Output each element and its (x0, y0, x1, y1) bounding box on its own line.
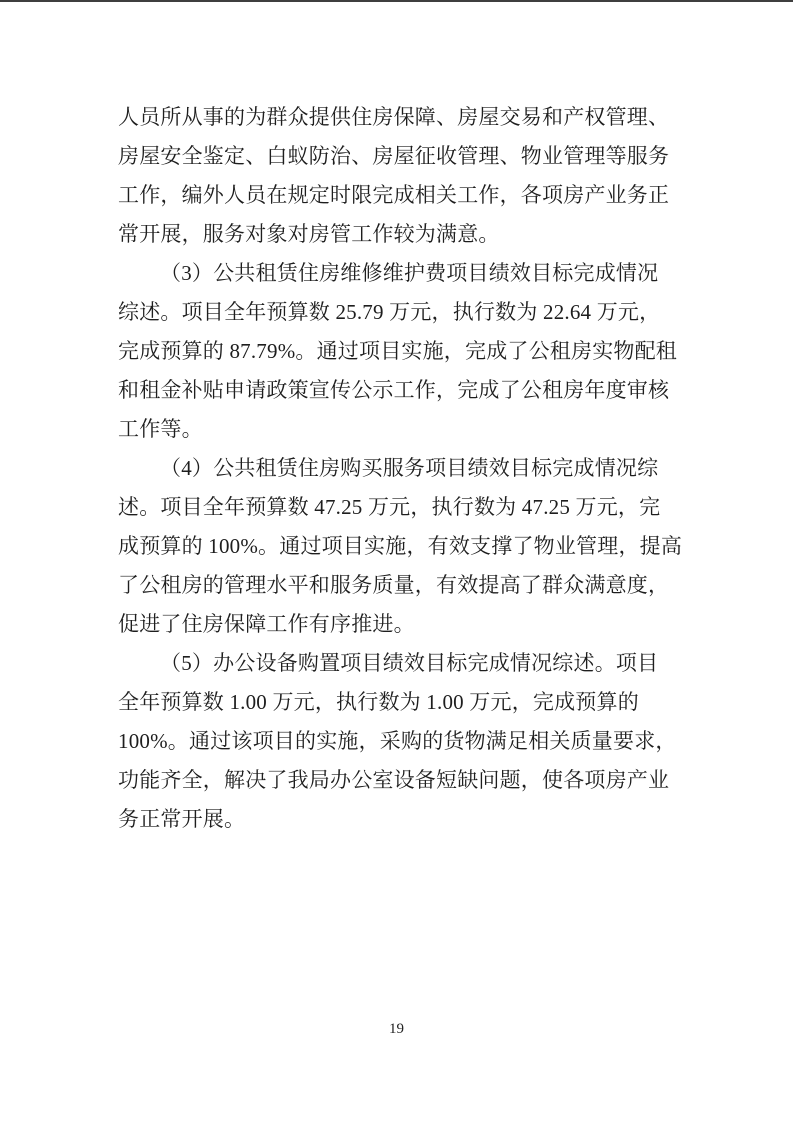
text-line: 成预算的 100%。通过项目实施，有效支撑了物业管理，提高 (118, 527, 678, 566)
text-line: 工作等。 (118, 410, 678, 449)
text-line: 工作，编外人员在规定时限完成相关工作，各项房产业务正 (118, 176, 678, 215)
text-line: （5）办公设备购置项目绩效目标完成情况综述。项目 (118, 644, 678, 683)
text-line: 全年预算数 1.00 万元，执行数为 1.00 万元，完成预算的 (118, 683, 678, 722)
document-page: 人员所从事的为群众提供住房保障、房屋交易和产权管理、房屋安全鉴定、白蚁防治、房屋… (0, 0, 793, 1122)
text-line: 促进了住房保障工作有序推进。 (118, 605, 678, 644)
document-body: 人员所从事的为群众提供住房保障、房屋交易和产权管理、房屋安全鉴定、白蚁防治、房屋… (118, 98, 678, 839)
text-line: 综述。项目全年预算数 25.79 万元，执行数为 22.64 万元， (118, 293, 678, 332)
paragraph-item-4: （4）公共租赁住房购买服务项目绩效目标完成情况综述。项目全年预算数 47.25 … (118, 449, 678, 644)
text-line: 100%。通过该项目的实施，采购的货物满足相关质量要求， (118, 722, 678, 761)
text-line: 常开展，服务对象对房管工作较为满意。 (118, 215, 678, 254)
paragraph-item-5: （5）办公设备购置项目绩效目标完成情况综述。项目全年预算数 1.00 万元，执行… (118, 644, 678, 839)
scan-edge-line (0, 0, 793, 2)
text-line: 人员所从事的为群众提供住房保障、房屋交易和产权管理、 (118, 98, 678, 137)
text-line: 完成预算的 87.79%。通过项目实施，完成了公租房实物配租 (118, 332, 678, 371)
text-line: 和租金补贴申请政策宣传公示工作，完成了公租房年度审核 (118, 371, 678, 410)
text-line: 房屋安全鉴定、白蚁防治、房屋征收管理、物业管理等服务 (118, 137, 678, 176)
text-line: 了公租房的管理水平和服务质量，有效提高了群众满意度， (118, 566, 678, 605)
page-number: 19 (0, 1019, 793, 1039)
text-line: 务正常开展。 (118, 800, 678, 839)
text-line: （3）公共租赁住房维修维护费项目绩效目标完成情况 (118, 254, 678, 293)
paragraph-continued: 人员所从事的为群众提供住房保障、房屋交易和产权管理、房屋安全鉴定、白蚁防治、房屋… (118, 98, 678, 254)
text-line: 功能齐全，解决了我局办公室设备短缺问题，使各项房产业 (118, 761, 678, 800)
text-line: （4）公共租赁住房购买服务项目绩效目标完成情况综 (118, 449, 678, 488)
paragraph-item-3: （3）公共租赁住房维修维护费项目绩效目标完成情况综述。项目全年预算数 25.79… (118, 254, 678, 449)
text-line: 述。项目全年预算数 47.25 万元，执行数为 47.25 万元，完 (118, 488, 678, 527)
